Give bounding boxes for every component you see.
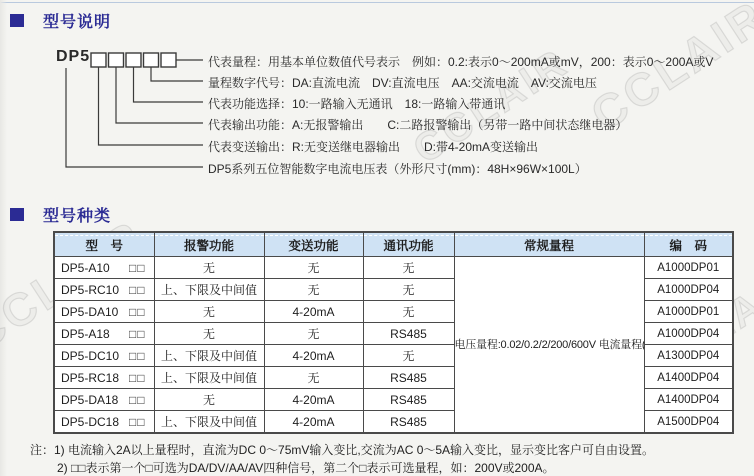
model-cell: DP5-DA10□□ xyxy=(54,301,154,323)
model-name: DP5-RC10 xyxy=(61,283,119,297)
model-name: DP5-DA18 xyxy=(61,393,118,407)
col-header-range: 常规量程 xyxy=(454,232,644,257)
alarm-cell: 无 xyxy=(154,257,264,279)
diagram-label-output: 代表输出功能：A:无报警输出 C:二路报警输出（另带一路中间状态继电器） xyxy=(208,116,627,133)
transmit-cell: 无 xyxy=(264,257,363,279)
comm-cell: RS485 xyxy=(363,411,454,434)
code-cell: A1400DP04 xyxy=(644,389,733,411)
section-header-model-description: 型号说明 xyxy=(10,9,111,32)
model-cell: DP5-RC10□□ xyxy=(54,279,154,301)
model-cell: DP5-A18□□ xyxy=(54,323,154,345)
footnote-2: 2) □□表示第一个□可选为DA/DV/AA/AV四种信号，第二个□表示可选量程… xyxy=(57,459,555,476)
comm-cell: RS485 xyxy=(363,389,454,411)
option-boxes: □□ xyxy=(129,393,146,407)
transmit-cell: 4-20mA xyxy=(264,389,363,411)
model-digit-box-1 xyxy=(91,53,106,67)
model-name: DP5-DA10 xyxy=(61,305,118,319)
model-number-diagram: DP5- 代表量程：用基本单位数值代号表示 例如：0.2:表示0～200mA或m… xyxy=(0,40,754,188)
comm-cell: RS485 xyxy=(363,367,454,389)
code-cell: A1300DP04 xyxy=(644,345,733,367)
footnote-1: 注：1) 电流输入2A以上量程时，直流为DC 0～75mV输入变比,交流为AC … xyxy=(30,441,654,458)
section-title: 型号种类 xyxy=(43,203,111,226)
code-cell: A1000DP01 xyxy=(644,301,733,323)
table-header-row: 型 号 报警功能 变送功能 通讯功能 常规量程 编 码 xyxy=(54,232,733,257)
code-cell: A1400DP04 xyxy=(644,367,733,389)
comm-cell: 无 xyxy=(363,257,454,279)
diagram-label-function: 代表功能选择：10:一路输入无通讯 18:一路输入带通讯 xyxy=(208,95,505,112)
option-boxes: □□ xyxy=(129,349,146,363)
col-header-comm: 通讯功能 xyxy=(363,232,454,257)
transmit-cell: 无 xyxy=(264,323,363,345)
option-boxes: □□ xyxy=(129,371,146,385)
col-header-model: 型 号 xyxy=(54,232,154,257)
code-cell: A1000DP01 xyxy=(644,257,733,279)
model-cell: DP5-RC18□□ xyxy=(54,367,154,389)
transmit-cell: 4-20mA xyxy=(264,301,363,323)
option-boxes: □□ xyxy=(129,415,146,429)
model-cell: DP5-DC10□□ xyxy=(54,345,154,367)
comm-cell: 无 xyxy=(363,279,454,301)
section-title: 型号说明 xyxy=(43,9,111,32)
transmit-cell: 4-20mA xyxy=(264,411,363,434)
alarm-cell: 无 xyxy=(154,323,264,345)
option-boxes: □□ xyxy=(129,283,146,297)
table-row: DP5-A10□□ 无 无 无 电压量程:0.02/0.2/2/200/600V… xyxy=(54,257,733,279)
section-header-model-types: 型号种类 xyxy=(10,203,111,226)
transmit-cell: 无 xyxy=(264,367,363,389)
transmit-cell: 4-20mA xyxy=(264,345,363,367)
model-digit-box-3 xyxy=(126,53,141,67)
alarm-cell: 无 xyxy=(154,389,264,411)
alarm-cell: 上、下限及中间值 xyxy=(154,411,264,434)
model-digit-box-2 xyxy=(109,53,124,67)
comm-cell: RS485 xyxy=(363,323,454,345)
option-boxes: □□ xyxy=(129,261,146,275)
comm-cell: 无 xyxy=(363,345,454,367)
model-name: DP5-A10 xyxy=(61,261,110,275)
model-digit-box-5 xyxy=(161,53,176,67)
model-name: DP5-A18 xyxy=(61,327,110,341)
code-cell: A1000DP04 xyxy=(644,279,733,301)
col-header-code: 编 码 xyxy=(644,232,733,257)
alarm-cell: 上、下限及中间值 xyxy=(154,279,264,301)
option-boxes: □□ xyxy=(129,305,146,319)
diagram-label-series: DP5系列五位智能数字电流电压表（外形尺寸(mm)：48H×96W×100L） xyxy=(208,160,587,177)
model-cell: DP5-DA18□□ xyxy=(54,389,154,411)
transmit-cell: 无 xyxy=(264,279,363,301)
code-cell: A1500DP04 xyxy=(644,411,733,434)
code-cell: A1000DP04 xyxy=(644,323,733,345)
model-name: DP5-DC10 xyxy=(61,349,119,363)
diagram-label-range-code: 量程数字代号：DA:直流电流 DV:直流电压 AA:交流电流 AV:交流电压 xyxy=(208,74,597,91)
section-bullet-icon xyxy=(10,14,24,27)
diagram-label-range: 代表量程：用基本单位数值代号表示 例如：0.2:表示0～200mA或mV，200… xyxy=(208,53,713,70)
diagram-label-transmit: 代表变送输出：R:无变送继电器输出 D:带4-20mA变送输出 xyxy=(208,138,538,155)
model-cell: DP5-DC18□□ xyxy=(54,411,154,434)
comm-cell: 无 xyxy=(363,301,454,323)
col-header-alarm: 报警功能 xyxy=(154,232,264,257)
range-cell: 电压量程:0.02/0.2/2/200/600V 电流量程(直接输入)： 0.0… xyxy=(454,257,644,434)
page-top-rule xyxy=(0,2,754,3)
col-header-transmit: 变送功能 xyxy=(264,232,363,257)
option-boxes: □□ xyxy=(129,327,146,341)
model-digit-box-4 xyxy=(144,53,159,67)
model-types-table: 型 号 报警功能 变送功能 通讯功能 常规量程 编 码 DP5-A10□□ 无 … xyxy=(53,231,734,434)
section-bullet-icon xyxy=(10,208,24,221)
alarm-cell: 无 xyxy=(154,301,264,323)
model-name: DP5-DC18 xyxy=(61,415,119,429)
model-cell: DP5-A10□□ xyxy=(54,257,154,279)
alarm-cell: 上、下限及中间值 xyxy=(154,345,264,367)
model-name: DP5-RC18 xyxy=(61,371,119,385)
alarm-cell: 上、下限及中间值 xyxy=(154,367,264,389)
